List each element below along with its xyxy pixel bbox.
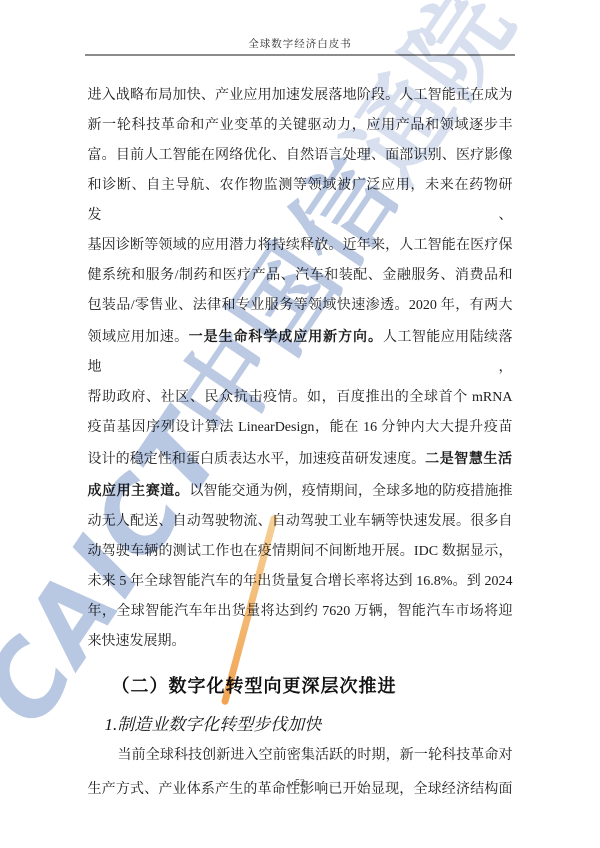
text-segment: 健系统和服务/制药和医疗产品、汽车和装配、金融服务、消费品和	[88, 268, 513, 283]
body-line: 动无人配送、自动驾驶物流、自动驾驶工业车辆等快速发展。很多自	[88, 507, 513, 537]
page-header: 全球数字经济白皮书	[0, 38, 600, 56]
text-segment: 疫苗基因序列设计算法 LinearDesign，能在 16 分钟内大大提升疫苗	[88, 420, 513, 435]
header-rule	[85, 54, 515, 56]
body-line: 进入战略布局加快、产业应用加速发展落地阶段。人工智能正在成为	[88, 81, 513, 111]
body-line: 动驾驶车辆的测试工作也在疫情期间不间断地开展。IDC 数据显示，	[88, 537, 513, 567]
body-line: 包装品/零售业、法律和专业服务等领域快速渗透。2020 年，有两大	[88, 291, 513, 321]
bold-text-segment: 二是智慧生活	[425, 450, 512, 466]
body-line2: 当前全球科技创新进入空前密集活跃的时期，新一轮科技革命对	[88, 740, 513, 772]
text-segment: 年，全球智能汽车年出货量将达到约 7620 万辆，智能汽车市场将迎	[88, 604, 513, 619]
text-segment: 帮助政府、社区、民众抗击疫情。如，百度推出的全球首个 mRNA	[88, 390, 513, 405]
body-line: 未来 5 年全球智能汽车的年出货量复合增长率将达到 16.8%。到 2024	[88, 567, 513, 597]
body-line: 来快速发展期。	[88, 627, 513, 657]
text-segment: 富。目前人工智能在网络优化、自然语言处理、面部识别、医疗影像	[88, 148, 513, 163]
text-segment: 领域应用加速。	[88, 330, 189, 345]
text-segment: 包装品/零售业、法律和专业服务等领域快速渗透。2020 年，有两大	[88, 298, 513, 313]
page-number: 52	[0, 778, 600, 789]
body-line: 设计的稳定性和蛋白质表达水平，加速疫苗研发速度。二是智慧生活	[88, 443, 513, 475]
page-header-title: 全球数字经济白皮书	[0, 38, 600, 51]
body-line: 领域应用加速。一是生命科学成应用新方向。人工智能应用陆续落地，	[88, 321, 513, 383]
text-segment: 来快速发展期。	[88, 634, 186, 649]
body-line: 帮助政府、社区、民众抗击疫情。如，百度推出的全球首个 mRNA	[88, 383, 513, 413]
body-line: 成应用主赛道。以智能交通为例，疫情期间，全球多地的防疫措施推	[88, 475, 513, 507]
document-body: 进入战略布局加快、产业应用加速发展落地阶段。人工智能正在成为新一轮科技革命和产业…	[88, 81, 513, 806]
section-heading: （二）数字化转型向更深层次推进	[88, 673, 513, 699]
text-segment: 新一轮科技革命和产业变革的关键驱动力，应用产品和领域逐步丰	[88, 118, 513, 133]
body-line: 富。目前人工智能在网络优化、自然语言处理、面部识别、医疗影像	[88, 141, 513, 171]
text-segment: 1.制造业数字化转型步伐加快	[105, 715, 322, 734]
text-segment: 设计的稳定性和蛋白质表达水平，加速疫苗研发速度。	[88, 452, 426, 467]
bold-text-segment: 成应用主赛道。	[88, 482, 190, 498]
document-page: 全球数字经济白皮书 进入战略布局加快、产业应用加速发展落地阶段。人工智能正在成为…	[0, 0, 600, 848]
bold-text-segment: 一是生命科学成应用新方向。	[189, 328, 383, 344]
body-line: 基因诊断等领域的应用潜力将持续释放。近年来，人工智能在医疗保	[88, 231, 513, 261]
body-line: 年，全球智能汽车年出货量将达到约 7620 万辆，智能汽车市场将迎	[88, 597, 513, 627]
text-segment: 进入战略布局加快、产业应用加速发展落地阶段。人工智能正在成为	[88, 88, 513, 103]
body-line: 新一轮科技革命和产业变革的关键驱动力，应用产品和领域逐步丰	[88, 111, 513, 141]
text-segment: 当前全球科技创新进入空前密集活跃的时期，新一轮科技革命对	[118, 748, 513, 763]
bold-text-segment: （二）数字化转型向更深层次推进	[112, 676, 397, 696]
body-line: 和诊断、自主导航、农作物监测等领域被广泛应用，未来在药物研发、	[88, 171, 513, 231]
text-segment: 动无人配送、自动驾驶物流、自动驾驶工业车辆等快速发展。很多自	[88, 514, 513, 529]
text-segment: 动驾驶车辆的测试工作也在疫情期间不间断地开展。IDC 数据显示，	[88, 544, 513, 559]
text-segment: 基因诊断等领域的应用潜力将持续释放。近年来，人工智能在医疗保	[88, 238, 513, 253]
text-segment: 未来 5 年全球智能汽车的年出货量复合增长率将达到 16.8%。到 2024	[88, 574, 513, 589]
sub-heading: 1.制造业数字化转型步伐加快	[88, 712, 513, 738]
text-segment: 和诊断、自主导航、农作物监测等领域被广泛应用，未来在药物研发、	[88, 178, 513, 223]
text-segment: 以智能交通为例，疫情期间，全球多地的防疫措施推	[189, 484, 512, 499]
body-line: 疫苗基因序列设计算法 LinearDesign，能在 16 分钟内大大提升疫苗	[88, 413, 513, 443]
body-line: 健系统和服务/制药和医疗产品、汽车和装配、金融服务、消费品和	[88, 261, 513, 291]
